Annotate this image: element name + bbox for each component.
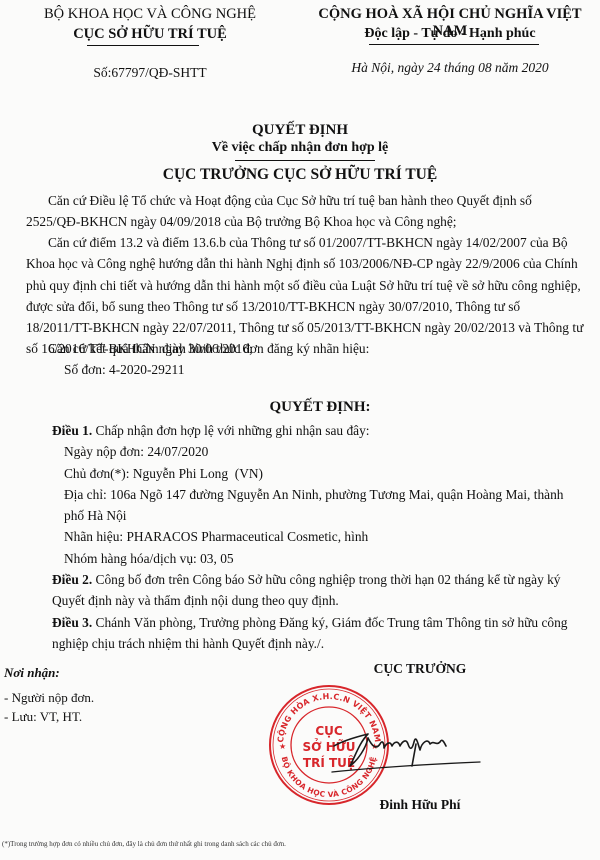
header-right-divider — [369, 44, 539, 45]
article-3-label: Điều 3. — [52, 615, 92, 630]
svg-text:★: ★ — [279, 742, 286, 751]
recipients-label: Nơi nhận: — [4, 663, 94, 682]
recipients: Nơi nhận: - Người nộp đơn. - Lưu: VT, HT… — [4, 663, 94, 726]
article-1: Điều 1. Chấp nhận đơn hợp lệ với những g… — [26, 420, 586, 441]
legal-basis-1: Căn cứ Điều lệ Tổ chức và Hoạt động của … — [26, 190, 586, 233]
place-date: Hà Nội, ngày 24 tháng 08 năm 2020 — [300, 60, 600, 76]
legal-basis-3: Căn cứ kết quả thẩm định hình thức đơn đ… — [26, 338, 586, 359]
recipient-item: - Lưu: VT, HT. — [4, 707, 94, 726]
article-2: Điều 2. Công bố đơn trên Công báo Sở hữu… — [26, 569, 586, 612]
article-1-text: Chấp nhận đơn hợp lệ với những ghi nhận … — [96, 423, 370, 438]
applicant-address: Địa chỉ: 106a Ngõ 147 đường Nguyễn An Ni… — [26, 484, 586, 527]
document-number: Số:67797/QĐ-SHTT — [0, 65, 300, 81]
applicant: Chủ đơn(*): Nguyễn Phi Long (VN) — [26, 463, 586, 484]
header-left-divider — [87, 45, 199, 46]
filing-date: Ngày nộp đơn: 24/07/2020 — [26, 441, 586, 462]
recipient-item: - Người nộp đơn. — [4, 688, 94, 707]
handwritten-signature — [330, 720, 490, 780]
title-divider — [235, 160, 375, 161]
decision-heading: QUYẾT ĐỊNH: — [0, 399, 600, 416]
signer-title: CỤC TRƯỞNG — [330, 661, 510, 677]
national-motto: Độc lập - Tự do - Hạnh phúc — [300, 26, 600, 42]
department-name: CỤC SỞ HỮU TRÍ TUỆ — [0, 26, 300, 43]
article-2-label: Điều 2. — [52, 572, 92, 587]
article-1-label: Điều 1. — [52, 423, 92, 438]
document-subject: Về việc chấp nhận đơn hợp lệ — [0, 140, 600, 156]
article-3: Điều 3. Chánh Văn phòng, Trưởng phòng Đă… — [26, 612, 586, 655]
footnote: (*)Trong trường hợp đơn có nhiều chủ đơn… — [2, 840, 286, 848]
application-number: Số đơn: 4-2020-29211 — [26, 359, 586, 380]
ministry-name: BỘ KHOA HỌC VÀ CÔNG NGHỆ — [0, 6, 300, 23]
trademark: Nhãn hiệu: PHARACOS Pharmaceutical Cosme… — [26, 526, 586, 547]
signer-name: Đinh Hữu Phí — [330, 797, 510, 813]
articles: Điều 1. Chấp nhận đơn hợp lệ với những g… — [26, 420, 586, 654]
goods-service-classes: Nhóm hàng hóa/dịch vụ: 03, 05 — [26, 548, 586, 569]
issuer-title: CỤC TRƯỞNG CỤC SỞ HỮU TRÍ TUỆ — [0, 166, 600, 184]
legal-basis-3-block: Căn cứ kết quả thẩm định hình thức đơn đ… — [26, 338, 586, 381]
document-title: QUYẾT ĐỊNH — [0, 122, 600, 139]
article-2-text: Công bố đơn trên Công báo Sở hữu công ng… — [52, 572, 561, 608]
article-3-text: Chánh Văn phòng, Trưởng phòng Đăng ký, G… — [52, 615, 568, 651]
